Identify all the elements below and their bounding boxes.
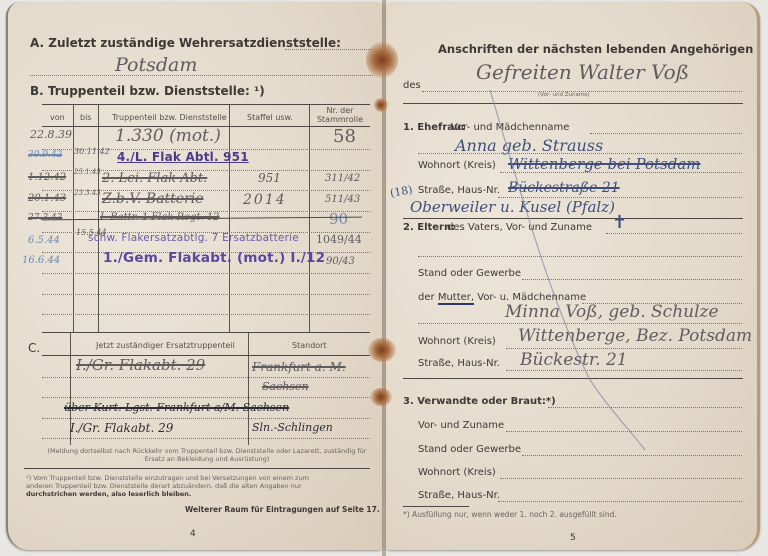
cell-truppenteil-stamp: 1./Gem. Flakabt. (mot.) I./12 [103, 250, 325, 266]
further-space-note: Weiterer Raum für Eintragungen auf Seite… [185, 505, 380, 514]
cell-stammrolle: 90/43 [326, 256, 355, 267]
cell-von: 16.6.44 [22, 255, 60, 266]
rust-stain [366, 42, 398, 78]
cell-standort: Sln.-Schlingen [252, 421, 333, 434]
section-b-label: B. Truppenteil bzw. Dienststelle: ¹) [30, 84, 265, 98]
page-number-left: 4 [190, 529, 196, 539]
cell-von: 1.12.42 [28, 172, 66, 183]
cell-von: 6.5.44 [28, 235, 60, 246]
footnote-line: ¹) Vom Truppenteil bzw. Dienststelle ein… [26, 474, 309, 482]
cell-stammrolle: 511/43 [325, 194, 360, 205]
cell-stammrolle: 1049/44 [316, 233, 362, 246]
cell-staffel: 951 [258, 171, 281, 185]
page-number-right: 5 [570, 533, 576, 543]
cell-ersatztruppenteil: I./Gr. Flakabt. 29 [70, 421, 173, 435]
cell-truppenteil: 1.330 (mot.) [115, 126, 221, 146]
col-header-ersatztruppenteil: Jetzt zuständiger Ersatztruppenteil [96, 341, 235, 350]
rust-stain [368, 338, 396, 362]
row-line [42, 273, 370, 274]
cell-truppenteil: 2. Lei. Flak Abt. [102, 171, 207, 186]
footnote-separator [403, 506, 469, 507]
cell-truppenteil-stamp: 4./L. Flak Abtl. 951 [117, 150, 249, 164]
cell-von: 27.3.43 [28, 213, 62, 223]
footnote-line: durchstrichen werden, also leserlich ble… [26, 490, 191, 498]
cell-stammrolle: 58 [333, 126, 356, 147]
cell-staffel: 2014 [243, 192, 287, 208]
cell-standort: Frankfurt a. M. [252, 360, 346, 374]
col-header-staffel: Staffel usw. [247, 113, 293, 122]
col-header-stammrolle: Nr. der Stammrolle [312, 106, 368, 124]
footnote-line: anderen Truppenteil bzw. Dienststelle de… [26, 482, 302, 490]
dotted-line [498, 501, 742, 502]
cell-stammrolle: 311/42 [325, 173, 360, 184]
row-line [42, 438, 370, 439]
cell-von: 20.1.43 [28, 193, 66, 204]
cell-von: 22.8.39 [30, 128, 72, 141]
row-line [42, 418, 370, 419]
cell-truppenteil: Z.b.V. Batterie [102, 191, 204, 207]
cell-bis: 25.1.43 [74, 168, 98, 176]
section-a-label: A. Zuletzt zuständige Wehrersatzdienstst… [30, 36, 341, 50]
table-bottom-rule [42, 332, 370, 333]
dotted-line [500, 478, 742, 479]
cell-bis: 30.11.42 [74, 148, 98, 156]
right-page-title: Anschriften der nächsten lebenden Angehö… [438, 42, 753, 56]
rust-stain [374, 98, 388, 112]
col-header-bis: bis [80, 113, 91, 122]
section-a-value: Potsdam [115, 54, 197, 76]
cell-ersatztruppenteil: über Kurt. Lgst. Frankfurt a/M. Sachsen [64, 401, 289, 414]
rust-stain [370, 388, 392, 406]
section-c-note: (Meldung dortselbst nach Rückkehr vom Tr… [44, 447, 370, 463]
cell-standort: Sachsen [262, 380, 309, 393]
pencil-scribble [380, 80, 660, 460]
verwandte-wohnort-label: Wohnort (Kreis) [418, 467, 496, 478]
cell-von: 30.9.42 [28, 150, 62, 160]
right-footnote: *) Ausfüllung nur, wenn weder 1. noch 2.… [403, 510, 617, 519]
cell-ersatztruppenteil: I./Gr. Flakabt. 29 [76, 356, 205, 374]
dotted-line [30, 75, 373, 76]
row-line [42, 397, 370, 398]
row-line [42, 294, 370, 295]
table-top-rule [42, 104, 370, 105]
cell-bis: 23.3.43 [74, 189, 98, 197]
col-header-von: von [50, 113, 65, 122]
col-header-standort: Standort [292, 341, 327, 350]
row-line [42, 377, 370, 378]
section-c-label: C. [28, 341, 40, 355]
row-line [42, 314, 370, 315]
col-header-truppenteil: Truppenteil bzw. Dienststelle [112, 113, 227, 122]
dotted-line [285, 49, 373, 50]
verwandte-strasse-label: Straße, Haus-Nr. [418, 490, 500, 501]
col-divider [248, 333, 249, 445]
separator [24, 468, 370, 469]
col-divider [73, 104, 74, 332]
cell-stammrolle: 90 [329, 210, 348, 228]
cell-truppenteil-stamp: schw. Flakersatzabtlg. 7 Ersatzbatterie [88, 232, 299, 244]
